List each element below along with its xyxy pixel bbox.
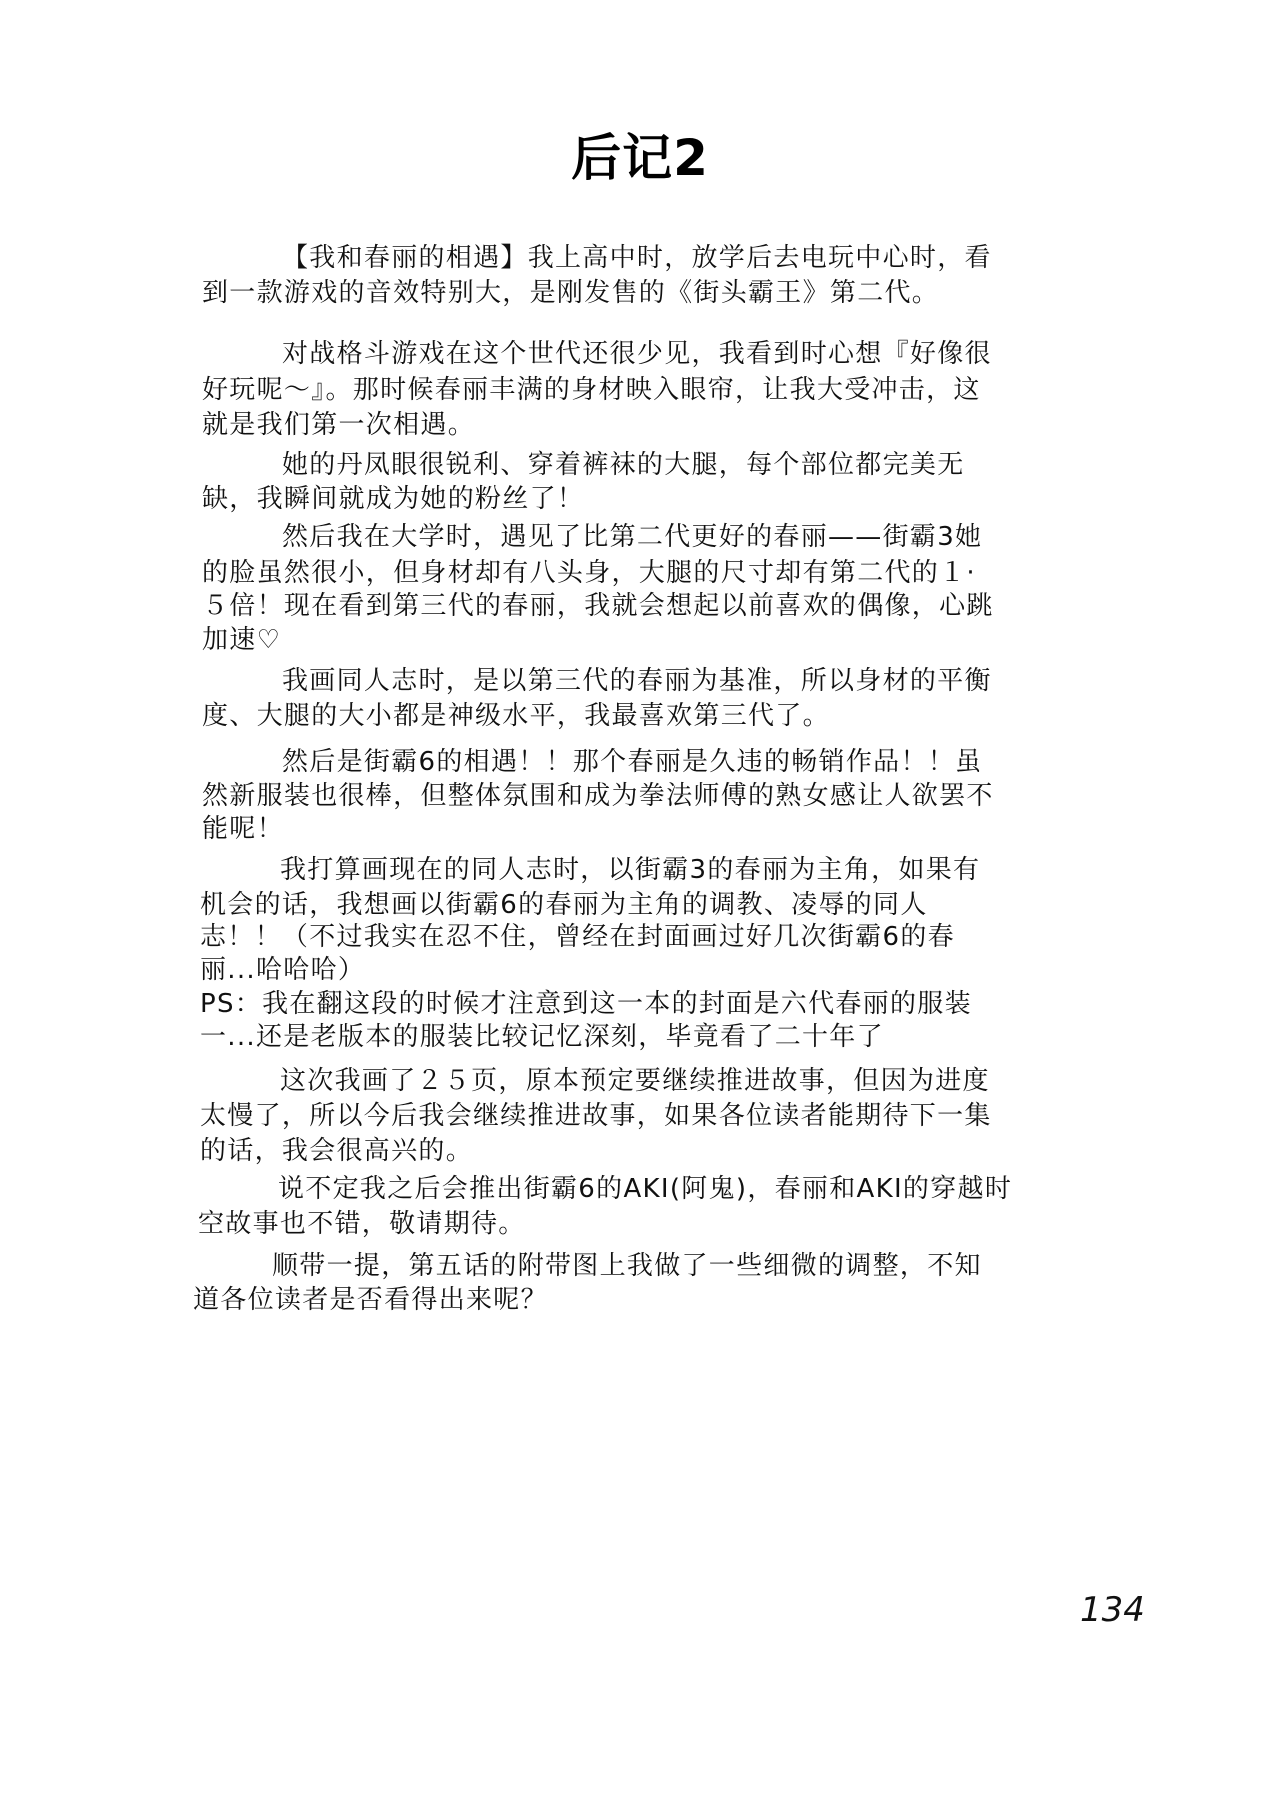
paragraph-2-line-2: 好玩呢～』。那时候春丽丰满的身材映入眼帘，让我大受冲击，这 — [202, 374, 981, 406]
ps-note-line-2: 一...还是老版本的服装比较记忆深刻，毕竟看了二十年了 — [200, 1021, 884, 1053]
paragraph-7-line-3: 志！！（不过我实在忍不住，曾经在封面画过好几次街霸6的春 — [200, 921, 955, 953]
paragraph-4-line-3: ５倍！现在看到第三代的春丽，我就会想起以前喜欢的偶像，心跳 — [202, 590, 994, 622]
paragraph-4-line-4: 加速♡ — [202, 624, 281, 656]
paragraph-2-line-1: 对战格斗游戏在这个世代还很少见，我看到时心想『好像很 — [282, 338, 992, 370]
paragraph-7-line-4: 丽...哈哈哈） — [200, 954, 365, 986]
paragraph-10-line-2: 道各位读者是否看得出来呢？ — [193, 1284, 548, 1316]
paragraph-9-line-1: 说不定我之后会推出街霸6的AKI(阿鬼)，春丽和AKI的穿越时 — [278, 1173, 1012, 1205]
page-title: 后记2 — [0, 128, 1280, 188]
paragraph-5-line-2: 度、大腿的大小都是神级水平，我最喜欢第三代了。 — [202, 700, 830, 732]
paragraph-6-line-2: 然新服装也很棒，但整体氛围和成为拳法师傅的熟女感让人欲罢不 — [202, 780, 994, 812]
paragraph-4-line-2: 的脸虽然很小，但身材却有八头身，大腿的尺寸却有第二代的１· — [202, 557, 976, 589]
page-number: 134 — [1080, 1590, 1145, 1630]
ps-note-line-1: PS：我在翻这段的时候才注意到这一本的封面是六代春丽的服装 — [200, 988, 972, 1020]
document-page: 后记2 【我和春丽的相遇】我上高中时，放学后去电玩中心时，看 到一款游戏的音效特… — [0, 0, 1280, 1811]
paragraph-8-line-2: 太慢了，所以今后我会继续推进故事，如果各位读者能期待下一集 — [200, 1100, 992, 1132]
paragraph-7-line-1: 我打算画现在的同人志时，以街霸3的春丽为主角，如果有 — [280, 854, 980, 886]
paragraph-1-line-2: 到一款游戏的音效特别大，是刚发售的《街头霸王》第二代。 — [202, 277, 939, 309]
paragraph-7-line-2: 机会的话，我想画以街霸6的春丽为主角的调教、凌辱的同人 — [200, 889, 928, 921]
paragraph-8-line-1: 这次我画了２５页，原本预定要继续推进故事，但因为进度 — [280, 1065, 990, 1097]
paragraph-1-line-1: 【我和春丽的相遇】我上高中时，放学后去电玩中心时，看 — [282, 242, 992, 274]
paragraph-3-line-1: 她的丹凤眼很锐利、穿着裤袜的大腿，每个部位都完美无 — [282, 449, 965, 481]
paragraph-8-line-3: 的话，我会很高兴的。 — [200, 1135, 473, 1167]
paragraph-10-line-1: 顺带一提，第五话的附带图上我做了一些细微的调整，不知 — [272, 1250, 982, 1282]
paragraph-6-line-1: 然后是街霸6的相遇！！那个春丽是久违的畅销作品！！虽 — [282, 746, 982, 778]
paragraph-3-line-2: 缺，我瞬间就成为她的粉丝了！ — [202, 483, 584, 515]
paragraph-5-line-1: 我画同人志时，是以第三代的春丽为基准，所以身材的平衡 — [282, 665, 992, 697]
paragraph-6-line-3: 能呢！ — [202, 813, 284, 845]
paragraph-9-line-2: 空故事也不错，敬请期待。 — [198, 1208, 526, 1240]
paragraph-2-line-3: 就是我们第一次相遇。 — [202, 409, 475, 441]
paragraph-4-line-1: 然后我在大学时，遇见了比第二代更好的春丽——街霸3她 — [282, 521, 982, 553]
